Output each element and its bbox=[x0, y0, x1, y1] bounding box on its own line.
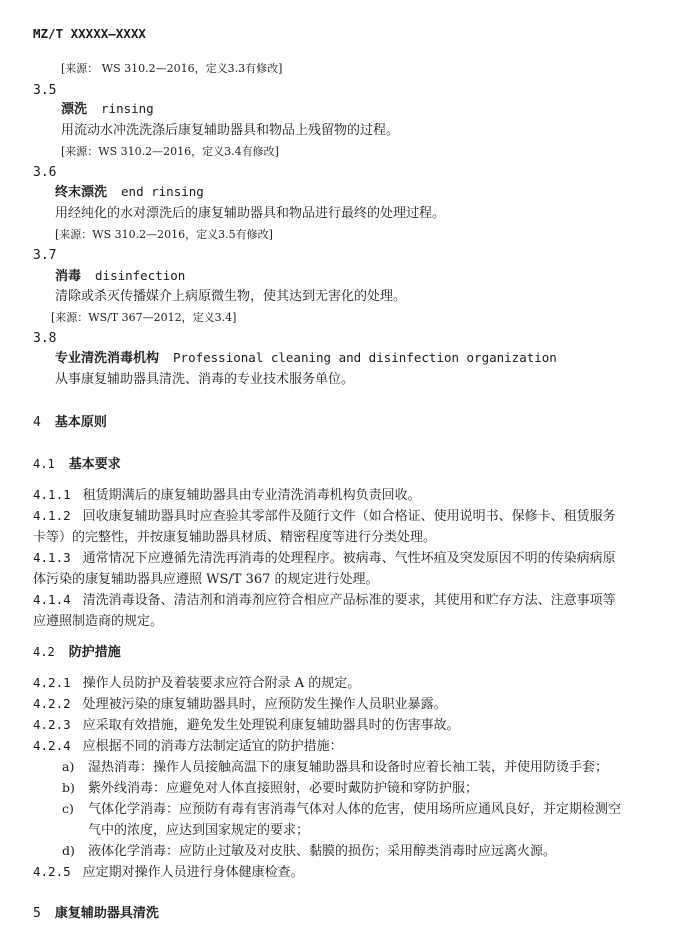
clause: 4.1.4清洗消毒设备、清洁剂和消毒剂应符合相应产品标准的要求，其使用和贮存方法… bbox=[33, 594, 616, 607]
section-heading: 4基本原则 bbox=[33, 416, 107, 429]
term-title: 专业清洗消毒机构Professional cleaning and disinf… bbox=[55, 352, 557, 365]
clause-continuation: 应遵照制造商的规定。 bbox=[33, 615, 163, 628]
clause: 4.2.5应定期对操作人员进行身体健康检查。 bbox=[33, 866, 304, 879]
term-en: rinsing bbox=[101, 101, 154, 116]
term-zh: 漂洗 bbox=[61, 102, 87, 117]
term-en: end rinsing bbox=[121, 184, 204, 199]
term-definition: 用流动水冲洗洗涤后康复辅助器具和物品上残留物的过程。 bbox=[61, 124, 399, 137]
term-number: 3.7 bbox=[33, 249, 56, 262]
term-zh: 终末漂洗 bbox=[55, 185, 107, 200]
source-note: [来源：WS/T 367—2012，定义3.4] bbox=[51, 312, 236, 323]
document-code: MZ/T XXXXX—XXXX bbox=[33, 28, 146, 41]
term-zh: 消毒 bbox=[55, 269, 81, 284]
list-item: a)湿热消毒：操作人员接触高温下的康复辅助器具和设备时应着长袖工装，并使用防烫手… bbox=[62, 761, 608, 774]
list-item: b)紫外线消毒：应避免对人体直接照射，必要时戴防护镜和穿防护服； bbox=[62, 782, 478, 795]
clause: 4.2.3应采取有效措施，避免发生处理锐利康复辅助器具时的伤害事故。 bbox=[33, 719, 460, 732]
clause: 4.2.1操作人员防护及着装要求应符合附录 A 的规定。 bbox=[33, 677, 360, 690]
clause: 4.2.4应根据不同的消毒方法制定适宜的防护措施： bbox=[33, 740, 343, 753]
clause: 4.1.1租赁期满后的康复辅助器具由专业清洗消毒机构负责回收。 bbox=[33, 489, 421, 502]
document-page: MZ/T XXXXX—XXXX [来源： WS 310.2—2016，定义3.3… bbox=[0, 0, 686, 926]
term-en: disinfection bbox=[95, 268, 185, 283]
clause: 4.1.3通常情况下应遵循先清洗再消毒的处理程序。被病毒、气性坏疽及突发原因不明… bbox=[33, 552, 616, 565]
term-title: 漂洗rinsing bbox=[61, 103, 154, 116]
term-definition: 从事康复辅助器具清洗、消毒的专业技术服务单位。 bbox=[55, 373, 354, 386]
term-number: 3.5 bbox=[33, 84, 56, 97]
source-note: [来源：WS 310.2—2016，定义3.5有修改] bbox=[55, 229, 273, 240]
source-note: [来源：WS 310.2—2016，定义3.4有修改] bbox=[61, 146, 279, 157]
clause-continuation: 卡等）的完整性，并按康复辅助器具材质、精密程度等进行分类处理。 bbox=[33, 531, 436, 544]
clause: 4.2.2处理被污染的康复辅助器具时，应预防发生操作人员职业暴露。 bbox=[33, 698, 447, 711]
term-en: Professional cleaning and disinfection o… bbox=[173, 350, 557, 365]
list-item: c)气体化学消毒：应预防有毒有害消毒气体对人体的危害，使用场所应通风良好，并定期… bbox=[62, 803, 621, 816]
subsection-heading: 4.2防护措施 bbox=[33, 646, 121, 659]
term-definition: 用经纯化的水对漂洗后的康复辅助器具和物品进行最终的处理过程。 bbox=[55, 207, 445, 220]
list-item: d)液体化学消毒：应防止过敏及对皮肤、黏膜的损伤；采用醇类消毒时应远离火源。 bbox=[62, 845, 556, 858]
term-definition: 清除或杀灭传播媒介上病原微生物，使其达到无害化的处理。 bbox=[55, 290, 406, 303]
subsection-heading: 4.1基本要求 bbox=[33, 458, 121, 471]
term-title: 终末漂洗end rinsing bbox=[55, 186, 204, 199]
list-item-continuation: 气中的浓度，应达到国家规定的要求； bbox=[88, 824, 309, 837]
section-heading: 5康复辅助器具清洗 bbox=[33, 907, 159, 920]
source-note: [来源： WS 310.2—2016，定义3.3有修改] bbox=[61, 63, 282, 74]
clause: 4.1.2回收康复辅助器具时应查验其零部件及随行文件（如合格证、使用说明书、保修… bbox=[33, 510, 616, 523]
term-number: 3.6 bbox=[33, 166, 56, 179]
term-number: 3.8 bbox=[33, 332, 56, 345]
clause-continuation: 体污染的康复辅助器具应遵照 WS/T 367 的规定进行处理。 bbox=[33, 573, 379, 586]
term-title: 消毒disinfection bbox=[55, 270, 185, 283]
term-zh: 专业清洗消毒机构 bbox=[55, 351, 159, 366]
